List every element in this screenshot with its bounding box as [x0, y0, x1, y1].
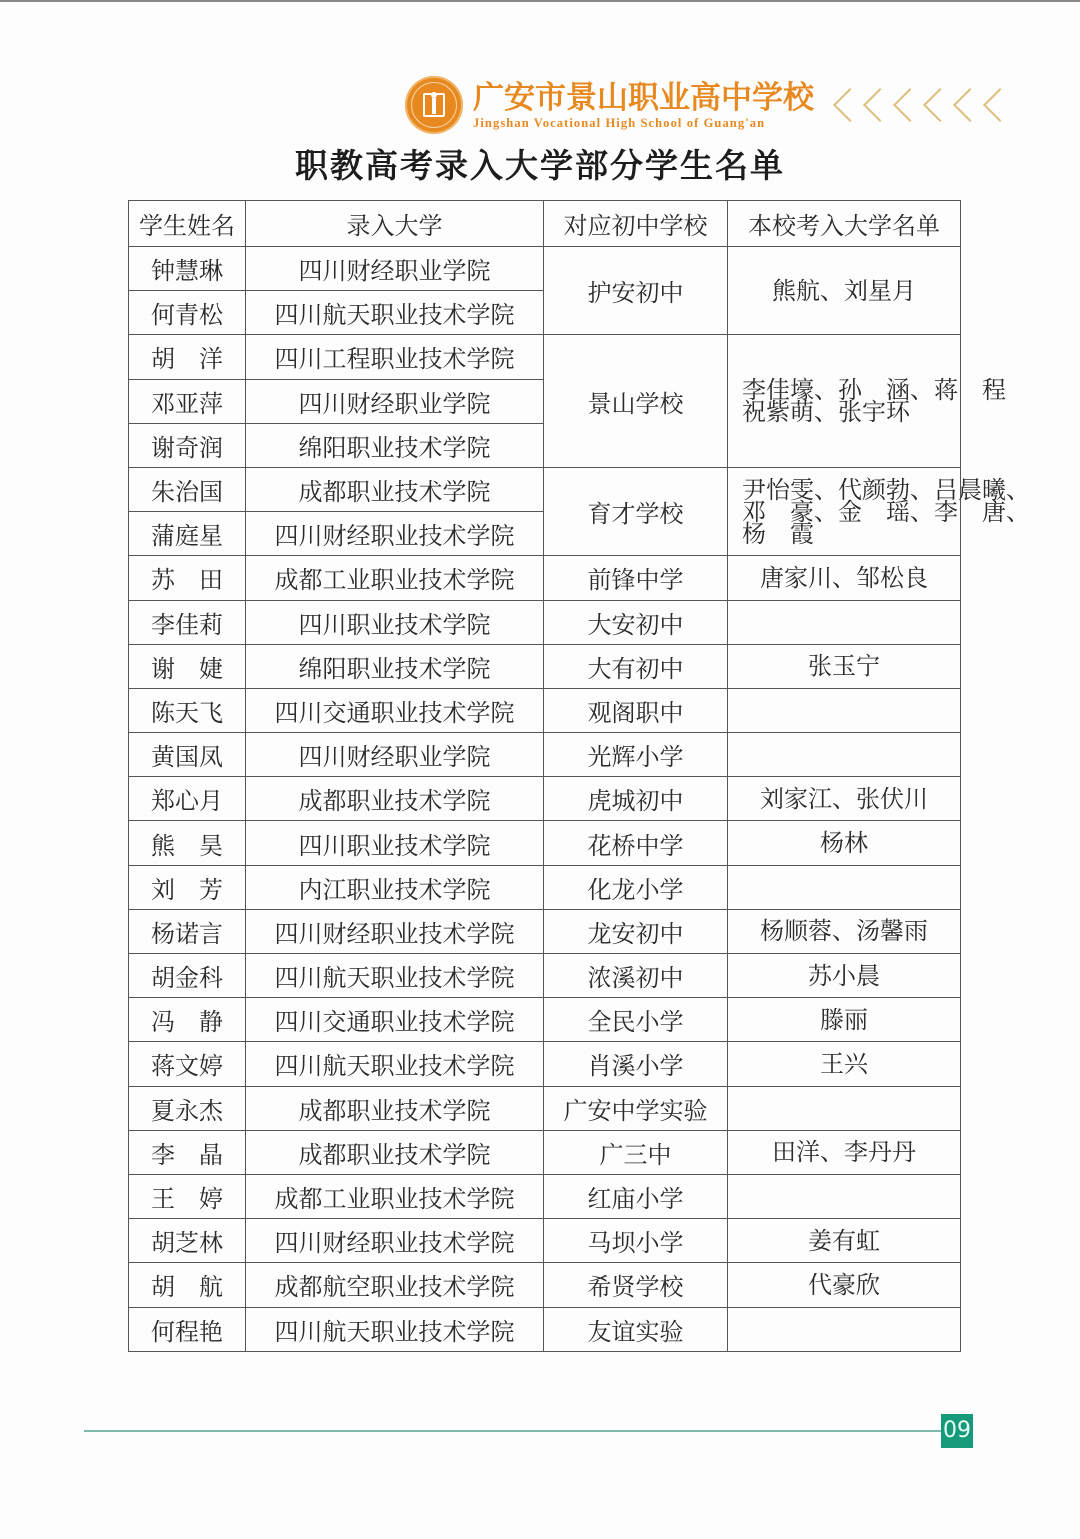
university: 四川交通职业技术学院	[246, 688, 544, 732]
table-row: 李 晶 成都职业技术学院 广三中 田洋、李丹丹	[129, 1130, 961, 1174]
student-name: 杨诺言	[129, 909, 246, 953]
table-row: 郑心月 成都职业技术学院 虎城初中 刘家江、张伏川	[129, 777, 961, 821]
student-name: 蒋文婷	[129, 1042, 246, 1086]
alumni-list: 尹怡雯、代颜勃、吕晨曦、 邓 豪、金 瑶、李 唐、 杨 霞	[728, 467, 961, 555]
middle-school: 广三中	[544, 1130, 728, 1174]
middle-school: 景山学校	[544, 335, 728, 468]
university: 四川职业技术学院	[246, 600, 544, 644]
chevron-left-icon	[858, 87, 885, 123]
university: 四川财经职业学院	[246, 247, 544, 291]
table-row: 夏永杰 成都职业技术学院 广安中学实验	[129, 1086, 961, 1130]
school-header: 广安市景山职业高中学校 Jingshan Vocational High Sch…	[405, 74, 1005, 136]
alumni-list	[728, 600, 961, 644]
university: 成都职业技术学院	[246, 777, 544, 821]
alumni-list: 姜有虹	[728, 1219, 961, 1263]
alumni-list: 刘家江、张伏川	[728, 777, 961, 821]
chevron-left-icon	[948, 87, 975, 123]
table-row: 李佳莉 四川职业技术学院 大安初中	[129, 600, 961, 644]
middle-school: 红庙小学	[544, 1174, 728, 1218]
alumni-list: 唐家川、邹松良	[728, 556, 961, 600]
chevron-left-icon	[888, 87, 915, 123]
middle-school: 光辉小学	[544, 733, 728, 777]
alumni-list	[728, 688, 961, 732]
page-number-badge: 09	[941, 1414, 973, 1448]
alumni-list: 王兴	[728, 1042, 961, 1086]
middle-school: 前锋中学	[544, 556, 728, 600]
table-row: 胡 航 成都航空职业技术学院 希贤学校 代豪欣	[129, 1263, 961, 1307]
table-row: 钟慧琳 四川财经职业学院 护安初中 熊航、刘星月	[129, 247, 961, 291]
column-header-name: 学生姓名	[129, 201, 246, 247]
student-name: 王 婷	[129, 1174, 246, 1218]
university: 四川航天职业技术学院	[246, 291, 544, 335]
alumni-list	[728, 1086, 961, 1130]
table-header-row: 学生姓名 录入大学 对应初中学校 本校考入大学名单	[129, 201, 961, 247]
chevron-left-icon	[828, 87, 855, 123]
middle-school: 全民小学	[544, 998, 728, 1042]
middle-school: 护安初中	[544, 247, 728, 335]
student-name: 钟慧琳	[129, 247, 246, 291]
middle-school: 龙安初中	[544, 909, 728, 953]
student-name: 何程艳	[129, 1307, 246, 1351]
alumni-list	[728, 865, 961, 909]
alumni-list: 李佳壕、孙 涵、蒋 程 祝紫萌、张宇环	[728, 335, 961, 468]
decorative-chevrons	[828, 87, 1005, 123]
table-row: 谢 婕 绵阳职业技术学院 大有初中 张玉宁	[129, 644, 961, 688]
column-header-middle-school: 对应初中学校	[544, 201, 728, 247]
chevron-left-icon	[978, 87, 1005, 123]
university: 四川职业技术学院	[246, 821, 544, 865]
university: 绵阳职业技术学院	[246, 644, 544, 688]
student-name: 郑心月	[129, 777, 246, 821]
student-name: 谢 婕	[129, 644, 246, 688]
table-row: 蒋文婷 四川航天职业技术学院 肖溪小学 王兴	[129, 1042, 961, 1086]
student-name: 苏 田	[129, 556, 246, 600]
chevron-left-icon	[918, 87, 945, 123]
table-row: 杨诺言 四川财经职业技术学院 龙安初中 杨顺蓉、汤馨雨	[129, 909, 961, 953]
student-name: 黄国凤	[129, 733, 246, 777]
table-row: 胡金科 四川航天职业技术学院 浓溪初中 苏小晨	[129, 954, 961, 998]
university: 成都工业职业技术学院	[246, 556, 544, 600]
middle-school: 广安中学实验	[544, 1086, 728, 1130]
alumni-list: 代豪欣	[728, 1263, 961, 1307]
university: 四川航天职业技术学院	[246, 1307, 544, 1351]
student-name: 谢奇润	[129, 423, 246, 467]
middle-school: 化龙小学	[544, 865, 728, 909]
middle-school: 观阁职中	[544, 688, 728, 732]
alumni-list: 苏小晨	[728, 954, 961, 998]
university: 绵阳职业技术学院	[246, 423, 544, 467]
student-name: 邓亚萍	[129, 379, 246, 423]
student-name: 胡 航	[129, 1263, 246, 1307]
table-row: 胡芝林 四川财经职业技术学院 马坝小学 姜有虹	[129, 1219, 961, 1263]
top-border	[0, 0, 1080, 2]
student-name: 李佳莉	[129, 600, 246, 644]
middle-school: 浓溪初中	[544, 954, 728, 998]
middle-school: 大安初中	[544, 600, 728, 644]
university: 成都职业技术学院	[246, 1086, 544, 1130]
student-name: 冯 静	[129, 998, 246, 1042]
alumni-line: 杨 霞	[742, 523, 950, 545]
footer-divider	[84, 1430, 944, 1432]
student-name: 陈天飞	[129, 688, 246, 732]
university: 四川财经职业技术学院	[246, 909, 544, 953]
university: 成都航空职业技术学院	[246, 1263, 544, 1307]
alumni-list	[728, 1307, 961, 1351]
alumni-list: 熊航、刘星月	[728, 247, 961, 335]
student-name: 刘 芳	[129, 865, 246, 909]
middle-school: 希贤学校	[544, 1263, 728, 1307]
table-row: 熊 昊 四川职业技术学院 花桥中学 杨林	[129, 821, 961, 865]
column-header-alumni: 本校考入大学名单	[728, 201, 961, 247]
student-name: 胡芝林	[129, 1219, 246, 1263]
middle-school: 马坝小学	[544, 1219, 728, 1263]
student-name: 朱治国	[129, 467, 246, 511]
alumni-line: 祝紫萌、张宇环	[742, 401, 950, 423]
middle-school: 肖溪小学	[544, 1042, 728, 1086]
middle-school: 大有初中	[544, 644, 728, 688]
table-row: 陈天飞 四川交通职业技术学院 观阁职中	[129, 688, 961, 732]
school-name-en: Jingshan Vocational High School of Guang…	[473, 116, 814, 130]
alumni-list: 田洋、李丹丹	[728, 1130, 961, 1174]
table-row: 胡 洋 四川工程职业技术学院 景山学校 李佳壕、孙 涵、蒋 程 祝紫萌、张宇环	[129, 335, 961, 379]
university: 四川交通职业技术学院	[246, 998, 544, 1042]
student-name: 何青松	[129, 291, 246, 335]
alumni-list: 张玉宁	[728, 644, 961, 688]
alumni-list	[728, 733, 961, 777]
alumni-list: 滕丽	[728, 998, 961, 1042]
school-name-cn: 广安市景山职业高中学校	[473, 80, 814, 116]
university: 四川航天职业技术学院	[246, 1042, 544, 1086]
column-header-university: 录入大学	[246, 201, 544, 247]
student-admission-table: 学生姓名 录入大学 对应初中学校 本校考入大学名单 钟慧琳 四川财经职业学院 护…	[128, 200, 961, 1352]
middle-school: 花桥中学	[544, 821, 728, 865]
student-name: 胡 洋	[129, 335, 246, 379]
table-row: 冯 静 四川交通职业技术学院 全民小学 滕丽	[129, 998, 961, 1042]
alumni-list	[728, 1174, 961, 1218]
table-row: 王 婷 成都工业职业技术学院 红庙小学	[129, 1174, 961, 1218]
middle-school: 育才学校	[544, 467, 728, 555]
university: 成都职业技术学院	[246, 1130, 544, 1174]
student-name: 夏永杰	[129, 1086, 246, 1130]
table-row: 苏 田 成都工业职业技术学院 前锋中学 唐家川、邹松良	[129, 556, 961, 600]
page-title: 职教高考录入大学部分学生名单	[0, 144, 1080, 188]
alumni-list: 杨林	[728, 821, 961, 865]
student-name: 李 晶	[129, 1130, 246, 1174]
table-row: 何程艳 四川航天职业技术学院 友谊实验	[129, 1307, 961, 1351]
university: 成都工业职业技术学院	[246, 1174, 544, 1218]
student-name: 蒲庭星	[129, 512, 246, 556]
university: 四川工程职业技术学院	[246, 335, 544, 379]
university: 四川航天职业技术学院	[246, 954, 544, 998]
student-name: 熊 昊	[129, 821, 246, 865]
middle-school: 虎城初中	[544, 777, 728, 821]
university: 四川财经职业学院	[246, 733, 544, 777]
school-brand: 广安市景山职业高中学校 Jingshan Vocational High Sch…	[473, 80, 814, 130]
school-emblem-icon	[405, 76, 463, 134]
university: 成都职业技术学院	[246, 467, 544, 511]
university: 内江职业技术学院	[246, 865, 544, 909]
university: 四川财经职业技术学院	[246, 1219, 544, 1263]
university: 四川财经职业技术学院	[246, 512, 544, 556]
middle-school: 友谊实验	[544, 1307, 728, 1351]
alumni-list: 杨顺蓉、汤馨雨	[728, 909, 961, 953]
table-row: 刘 芳 内江职业技术学院 化龙小学	[129, 865, 961, 909]
student-name: 胡金科	[129, 954, 246, 998]
table-row: 黄国凤 四川财经职业学院 光辉小学	[129, 733, 961, 777]
university: 四川财经职业学院	[246, 379, 544, 423]
table-row: 朱治国 成都职业技术学院 育才学校 尹怡雯、代颜勃、吕晨曦、 邓 豪、金 瑶、李…	[129, 467, 961, 511]
